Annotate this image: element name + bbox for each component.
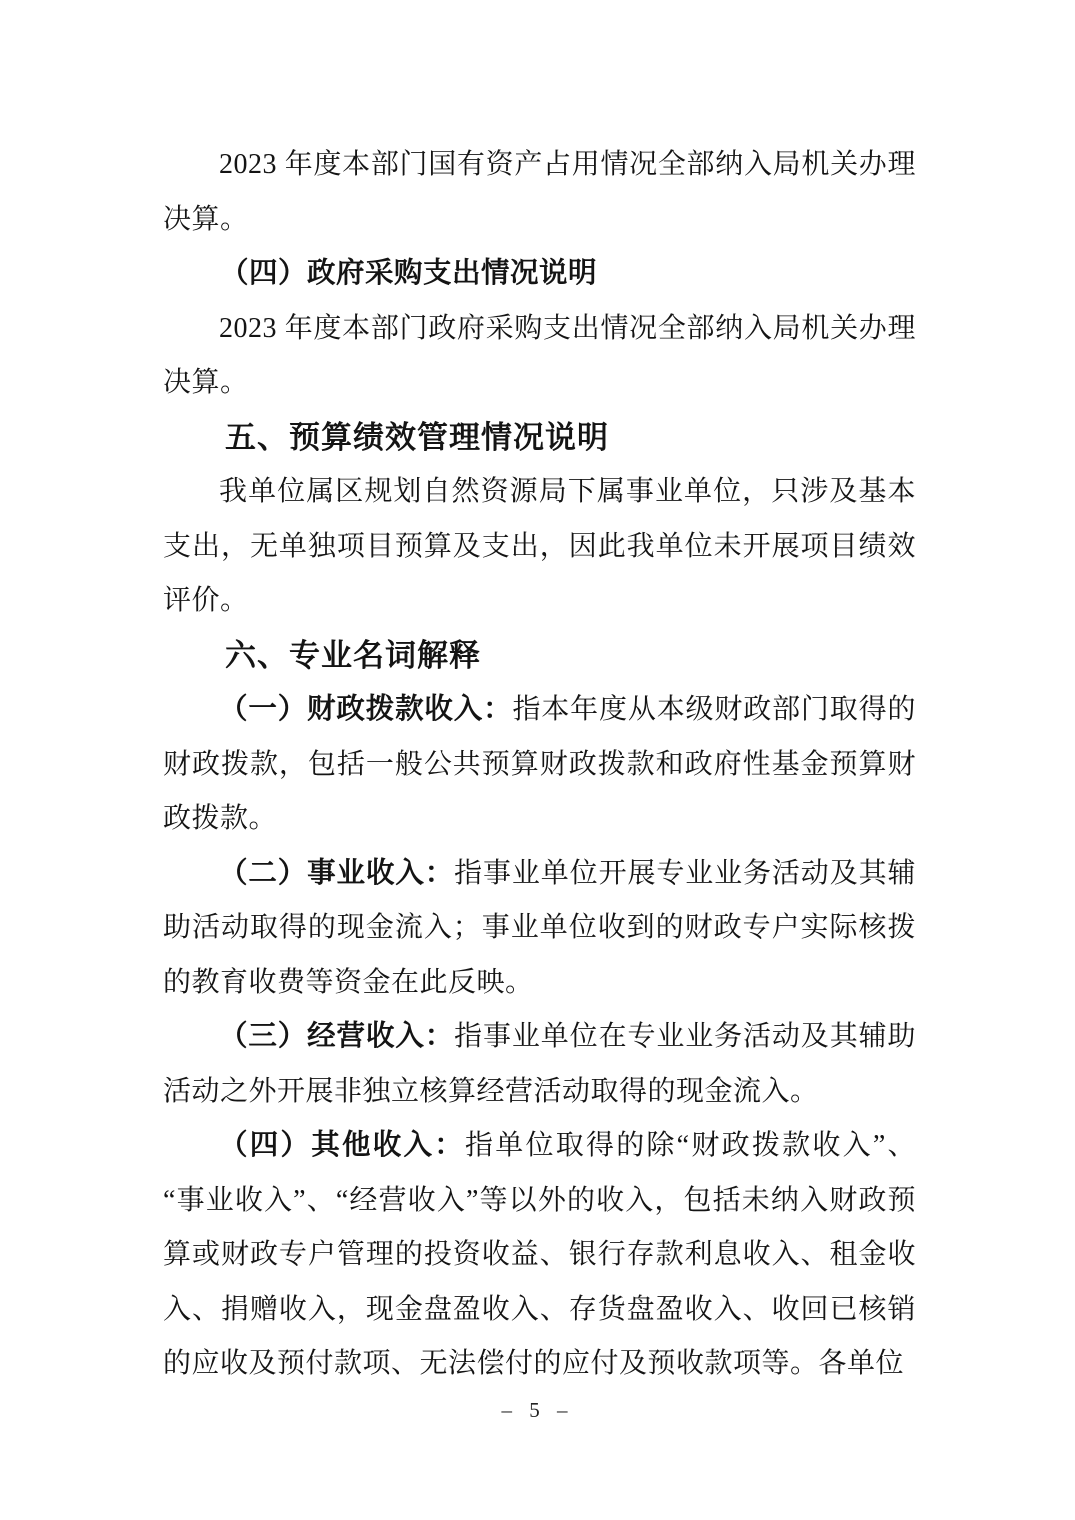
document-body: 2023 年度本部门国有资产占用情况全部纳入局机关办理决算。 （四）政府采购支出… — [163, 138, 916, 1392]
term-text: 指单位取得的除“财政拨款收入”、“事业收入”、“经营收入”等以外的收入，包括未纳… — [163, 1130, 916, 1379]
term-label: （一）财政拨款收入： — [219, 694, 512, 725]
term-business-income: （三）经营收入：指事业单位在专业业务活动及其辅助活动之外开展非独立核算经营活动取… — [163, 1010, 916, 1119]
page-number: – 5 – — [0, 1398, 1075, 1423]
paragraph-gov-procurement: 2023 年度本部门政府采购支出情况全部纳入局机关办理决算。 — [163, 302, 916, 411]
term-fiscal-appropriation-income: （一）财政拨款收入：指本年度从本级财政部门取得的财政拨款，包括一般公共预算财政拨… — [163, 683, 916, 847]
term-other-income: （四）其他收入：指单位取得的除“财政拨款收入”、“事业收入”、“经营收入”等以外… — [163, 1119, 916, 1392]
term-label: （三）经营收入： — [219, 1021, 454, 1052]
term-label: （四）其他收入： — [219, 1130, 465, 1161]
term-label: （二）事业收入： — [219, 858, 454, 889]
paragraph-budget-performance: 我单位属区规划自然资源局下属事业单位，只涉及基本支出，无单独项目预算及支出，因此… — [163, 465, 916, 629]
document-page: 2023 年度本部门国有资产占用情况全部纳入局机关办理决算。 （四）政府采购支出… — [0, 0, 1075, 1520]
heading-terminology: 六、专业名词解释 — [163, 629, 916, 684]
heading-budget-performance: 五、预算绩效管理情况说明 — [163, 411, 916, 466]
term-operational-income: （二）事业收入：指事业单位开展专业业务活动及其辅助活动取得的现金流入；事业单位收… — [163, 847, 916, 1011]
heading-gov-procurement: （四）政府采购支出情况说明 — [163, 247, 916, 302]
paragraph-state-assets: 2023 年度本部门国有资产占用情况全部纳入局机关办理决算。 — [163, 138, 916, 247]
